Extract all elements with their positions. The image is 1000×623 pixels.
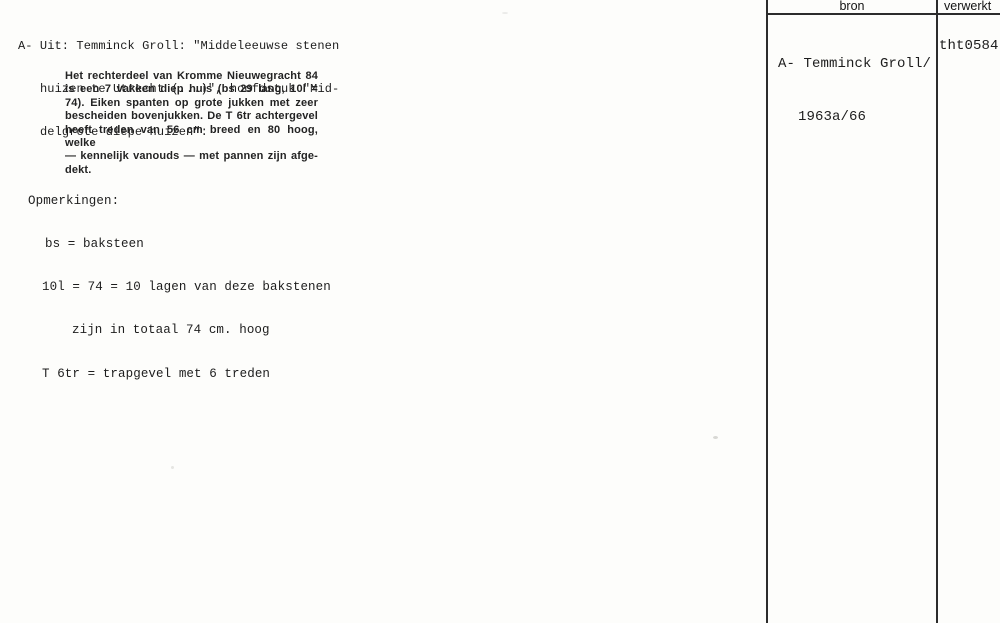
excerpt-line-4: bescheiden bovenjukken. De T 6tr achterg… bbox=[65, 110, 318, 123]
column-header-verwerkt: verwerkt bbox=[944, 0, 1000, 13]
remark-line-2: 10l = 74 = 10 lagen van deze bakstenen bbox=[42, 280, 331, 294]
scanned-document-page: A- Uit: Temminck Groll: "Middeleeuwse st… bbox=[0, 0, 1000, 623]
bron-entry-line-1: A- Temminck Groll/ bbox=[778, 56, 931, 74]
excerpt-line-3: 74). Eiken spanten op grote jukken met z… bbox=[65, 97, 318, 110]
excerpt-line-6: — kennelijk vanouds — met pannen zijn af… bbox=[65, 150, 318, 163]
table-left-border bbox=[766, 0, 768, 623]
bron-entry: A- Temminck Groll/ 1963a/66 bbox=[778, 21, 931, 161]
column-header-bron: bron bbox=[768, 0, 936, 13]
scan-speck bbox=[713, 436, 718, 439]
table-column-divider bbox=[936, 0, 938, 623]
remarks-title: Opmerkingen: bbox=[28, 194, 331, 208]
heading-line-1: A- Uit: Temminck Groll: "Middeleeuwse st… bbox=[18, 39, 363, 53]
remarks-block: Opmerkingen: bs = baksteen 10l = 74 = 10… bbox=[28, 165, 331, 410]
excerpt-line-5: heeft treden van 56 cm breed en 80 hoog,… bbox=[65, 124, 318, 151]
scan-speck bbox=[171, 466, 174, 469]
remark-line-4: T 6tr = trapgevel met 6 treden bbox=[42, 367, 331, 381]
excerpt-line-2: is een 7 vakken diep huis (bs 29 lang, 1… bbox=[65, 83, 318, 96]
bron-entry-line-2: 1963a/66 bbox=[798, 109, 931, 127]
scan-speck bbox=[502, 12, 508, 14]
table-header-rule bbox=[766, 13, 1000, 15]
remark-line-3: zijn in totaal 74 cm. hoog bbox=[72, 323, 331, 337]
excerpt-line-1: Het rechterdeel van Kromme Nieuwegracht … bbox=[65, 70, 318, 83]
book-excerpt: Het rechterdeel van Kromme Nieuwegracht … bbox=[65, 70, 318, 177]
remark-line-1: bs = baksteen bbox=[45, 237, 331, 251]
verwerkt-entry: tht0584 bbox=[939, 38, 999, 54]
